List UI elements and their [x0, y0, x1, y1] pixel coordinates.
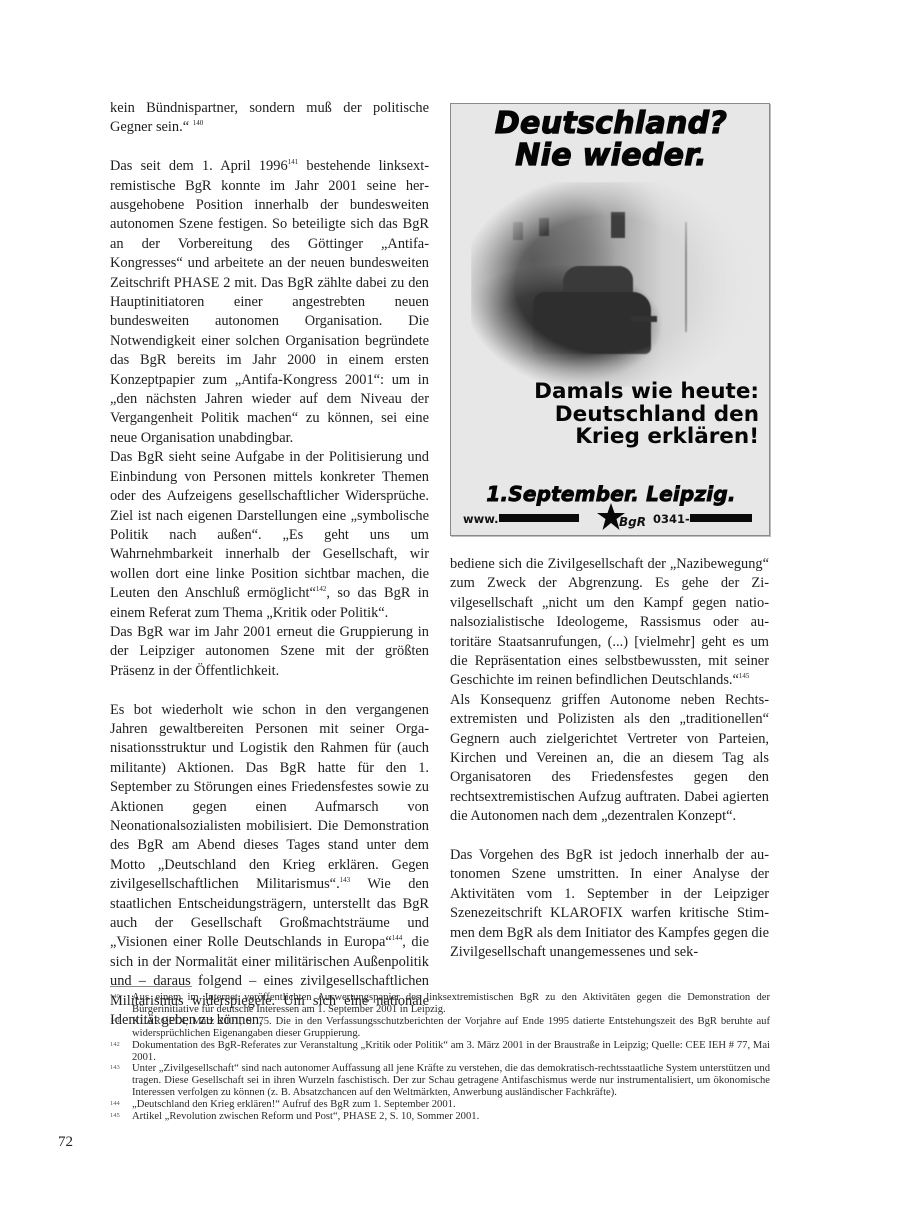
paragraph: kein Bündnispartner, sondern muß der pol… [110, 99, 429, 138]
redacted-bar [499, 514, 579, 522]
building-window [611, 212, 625, 238]
footnote-143: 143Unter „Zivilgesellschaft“ sind nach a… [110, 1063, 770, 1099]
footnote-142: 142Dokumentation des BgR-Referates zur V… [110, 1040, 770, 1064]
star-logo-icon: BgR [597, 502, 645, 532]
poster-slogan: Damals wie heute: Deutschland den Krieg … [459, 381, 759, 449]
tank-gun [631, 316, 657, 322]
footnotes: 140Aus einem im Internet veröffentlichte… [110, 992, 770, 1123]
paragraph: Das Vorgehen des BgR ist jedoch innerhal… [450, 846, 769, 962]
building-window [513, 222, 523, 240]
tank-body [533, 292, 651, 354]
footnote-145: 145Artikel „Revolution zwischen Reform u… [110, 1111, 770, 1123]
footnote-ref[interactable]: 141 [288, 158, 299, 166]
left-text-column: kein Bündnispartner, sondern muß der pol… [110, 99, 429, 1030]
poster-image: Deutschland? Nie wieder. Damals wie heut… [450, 103, 770, 536]
footnote-ref[interactable]: 143 [340, 876, 351, 884]
footnote-ref[interactable]: 145 [739, 672, 750, 680]
footnote-141: 141KLAROFIX, März 2001, S. 75. Die in de… [110, 1016, 770, 1040]
footnote-separator [110, 986, 192, 987]
footnote-140: 140Aus einem im Internet veröffentlichte… [110, 992, 770, 1016]
building-window [539, 218, 549, 236]
poster-footer: www. BgR 0341- [463, 508, 763, 530]
paragraph: Es bot wiederholt wie schon in den verga… [110, 701, 429, 1031]
footnote-144: 144„Deutschland den Krieg erklären!“ Auf… [110, 1099, 770, 1111]
tank-photo [471, 182, 753, 387]
street-lamp [685, 222, 687, 332]
svg-text:BgR: BgR [619, 515, 645, 529]
paragraph: Das BgR war im Jahr 2001 erneut die Grup… [110, 623, 429, 681]
footnote-ref[interactable]: 140 [193, 119, 204, 127]
paragraph: Als Konsequenz griffen Autonome neben Re… [450, 691, 769, 827]
poster-headline: Deutschland? Nie wieder. [459, 108, 763, 172]
page-number: 72 [58, 1134, 73, 1151]
poster-phone: 0341- [653, 512, 752, 526]
redacted-bar [690, 514, 752, 522]
paragraph: Das BgR sieht seine Aufgabe in der Polit… [110, 448, 429, 623]
right-text-column: bediene sich die Zivilgesellschaft der „… [450, 555, 769, 963]
paragraph: Das seit dem 1. April 1996141 bestehende… [110, 157, 429, 448]
footnote-ref[interactable]: 142 [316, 585, 327, 593]
poster-website: www. [463, 512, 579, 526]
footnote-ref[interactable]: 144 [392, 934, 403, 942]
paragraph: bediene sich die Zivilgesellschaft der „… [450, 555, 769, 691]
